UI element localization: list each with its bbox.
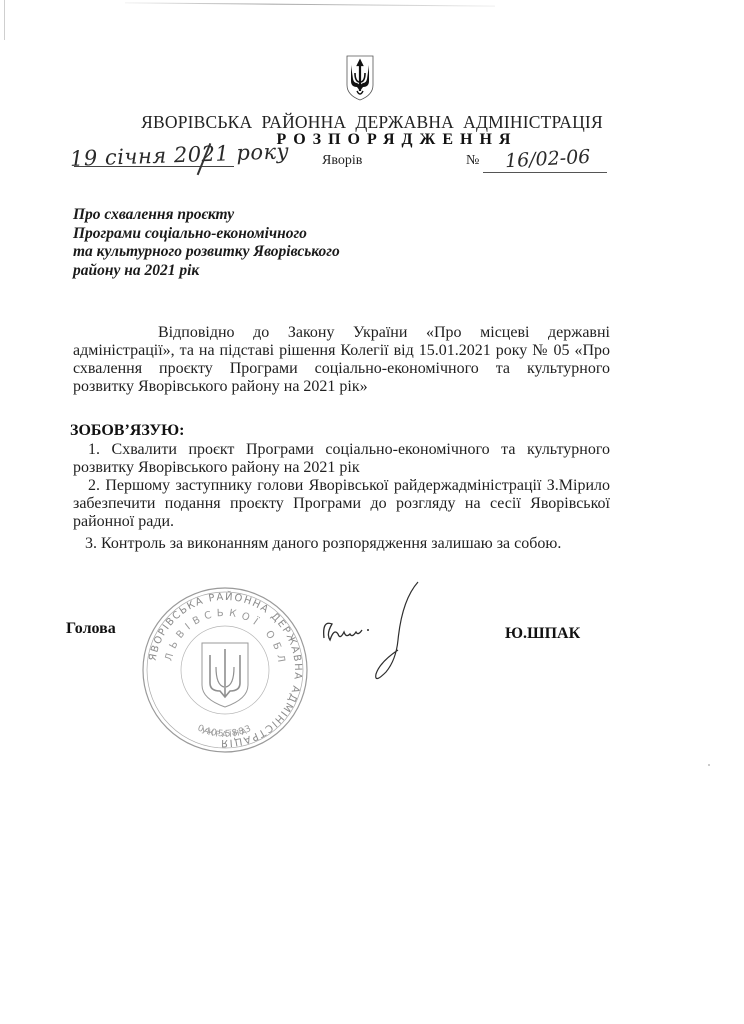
organization-title: ЯВОРІВСЬКА РАЙОННА ДЕРЖАВНА АДМІНІСТРАЦІ…: [0, 112, 744, 133]
decree-heading: ЗОБОВ’ЯЗУЮ:: [70, 422, 185, 440]
subject-line: Про схвалення проєкту: [73, 206, 340, 225]
signatory-title: Голова: [66, 620, 116, 638]
subject-line: та культурного розвитку Яворівського: [73, 243, 340, 262]
official-stamp-icon: ЯВОРІВСЬКА РАЙОННА ДЕРЖАВНА АДМІНІСТРАЦІ…: [140, 585, 310, 755]
preamble: Відповідно до Закону України «Про місцев…: [73, 324, 610, 396]
preamble-paragraph: Відповідно до Закону України «Про місцев…: [73, 324, 610, 396]
number-label: №: [466, 153, 479, 169]
date-underline: [74, 166, 234, 167]
decree-items: 1. Схвалити проєкт Програми соціально-ек…: [73, 441, 610, 553]
signatory-name: Ю.ШПАК: [505, 625, 580, 643]
decree-item: 2. Першому заступнику голови Яворівської…: [73, 477, 610, 531]
scan-edge: [4, 0, 5, 40]
scan-speck: [708, 764, 710, 766]
scan-artifact-line: [125, 2, 495, 6]
decree-item: 3. Контроль за виконанням даного розпоря…: [73, 535, 610, 553]
decree-item: 1. Схвалити проєкт Програми соціально-ек…: [73, 441, 610, 477]
subject-heading: Про схвалення проєкту Програми соціально…: [73, 206, 340, 280]
subject-line: Програми соціально-економічного: [73, 225, 340, 244]
city-label: Яворів: [322, 153, 362, 169]
signature-icon: [318, 580, 448, 690]
trident-emblem-icon: [345, 55, 375, 101]
handwritten-number: 16/02-06: [504, 146, 590, 172]
number-underline: [483, 172, 607, 173]
subject-line: району на 2021 рік: [73, 262, 340, 281]
